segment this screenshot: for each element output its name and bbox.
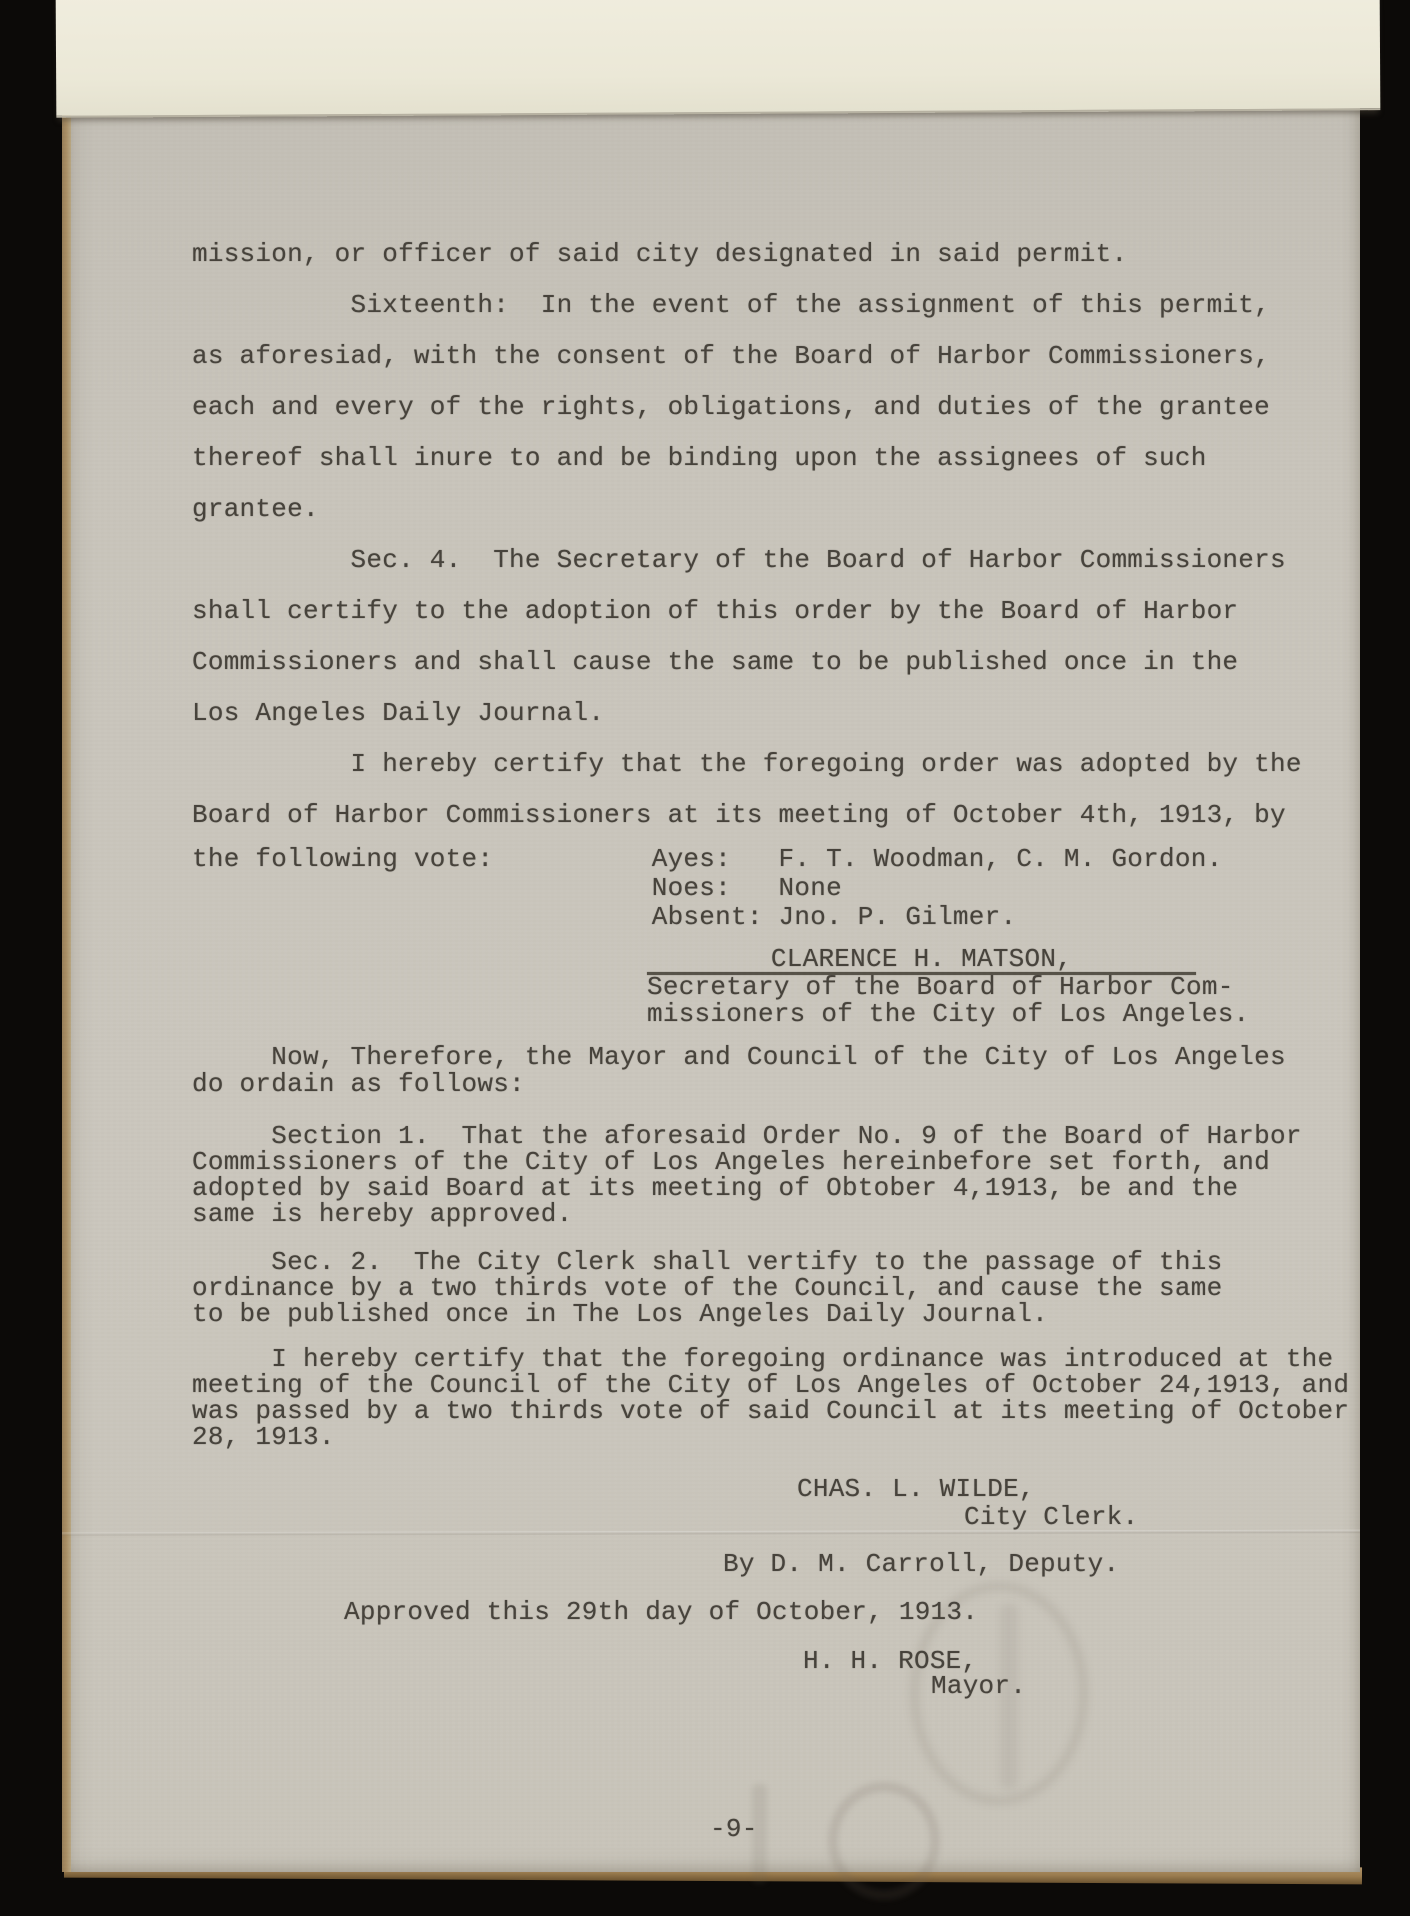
text-line: shall certify to the adoption of this or… [192, 586, 1302, 637]
paragraph-permit-and-certification: mission, or officer of said city designa… [192, 229, 1302, 841]
fold-crease-line [62, 1530, 1360, 1537]
text-line: as aforesiad, with the consent of the Bo… [192, 331, 1302, 382]
text-line: Sec. 2. The City Clerk shall vertify to … [192, 1249, 1222, 1275]
text-line: adopted by said Board at its meeting of … [192, 1175, 1302, 1201]
text-line: Absent: Jno. P. Gilmer. [192, 903, 1222, 932]
text-line: Now, Therefore, the Mayor and Council of… [192, 1044, 1286, 1071]
certification-ordinance-paragraph: I hereby certify that the foregoing ordi… [192, 1346, 1349, 1450]
text-line: meeting of the Council of the City of Lo… [192, 1372, 1349, 1398]
ordain-clause: Now, Therefore, the Mayor and Council of… [192, 1044, 1286, 1098]
text-line: Commissioners and shall cause the same t… [192, 637, 1302, 688]
section-2-paragraph: Sec. 2. The City Clerk shall vertify to … [192, 1249, 1222, 1327]
scanned-document: mission, or officer of said city designa… [0, 0, 1410, 1916]
clerk-signature-name: CHAS. L. WILDE, [797, 1476, 1035, 1502]
text-line: Section 1. That the aforesaid Order No. … [192, 1123, 1302, 1149]
bleed-through-ghost [828, 1782, 940, 1900]
text-line: Commissioners of the City of Los Angeles… [192, 1149, 1302, 1175]
text-line: Los Angeles Daily Journal. [192, 688, 1302, 739]
text-line: mission, or officer of said city designa… [192, 229, 1302, 280]
text-line: do ordain as follows: [192, 1071, 1286, 1098]
text-line: Board of Harbor Commissioners at its mee… [192, 790, 1302, 841]
text-line: Sec. 4. The Secretary of the Board of Ha… [192, 535, 1302, 586]
secretary-signature-name: CLARENCE H. MATSON, [647, 946, 1196, 972]
document-page: mission, or officer of said city designa… [62, 84, 1360, 1872]
clerk-signature-title: City Clerk. [964, 1504, 1138, 1530]
text-line: 28, 1913. [192, 1424, 1349, 1450]
text-line: to be published once in The Los Angeles … [192, 1301, 1222, 1327]
text-line: Secretary of the Board of Harbor Com- [647, 974, 1249, 1001]
previous-page-flap [56, 0, 1381, 118]
text-line: Sixteenth: In the event of the assignmen… [192, 280, 1302, 331]
text-line: grantee. [192, 484, 1302, 535]
vote-record: the following vote: Ayes: F. T. Woodman,… [192, 845, 1222, 932]
mayor-signature-title: Mayor. [931, 1673, 1026, 1699]
text-line: same is hereby approved. [192, 1201, 1302, 1227]
deputy-signature-line: By D. M. Carroll, Deputy. [723, 1551, 1119, 1577]
text-line: was passed by a two thirds vote of said … [192, 1398, 1349, 1424]
page-number: -9- [710, 1816, 758, 1842]
text-line: ordinance by a two thirds vote of the Co… [192, 1275, 1222, 1301]
text-line: I hereby certify that the foregoing ordi… [192, 1346, 1349, 1372]
text-line: Noes: None [192, 874, 1222, 903]
approval-date-line: Approved this 29th day of October, 1913. [344, 1599, 978, 1625]
secretary-signature-title: Secretary of the Board of Harbor Com- mi… [647, 974, 1249, 1028]
text-line: the following vote: Ayes: F. T. Woodman,… [192, 845, 1222, 874]
binding-strip [62, 84, 71, 1872]
text-line: thereof shall inure to and be binding up… [192, 433, 1302, 484]
section-1-paragraph: Section 1. That the aforesaid Order No. … [192, 1123, 1302, 1227]
text-line: missioners of the City of Los Angeles. [647, 1001, 1249, 1028]
text-line: each and every of the rights, obligation… [192, 382, 1302, 433]
text-line: I hereby certify that the foregoing orde… [192, 739, 1302, 790]
